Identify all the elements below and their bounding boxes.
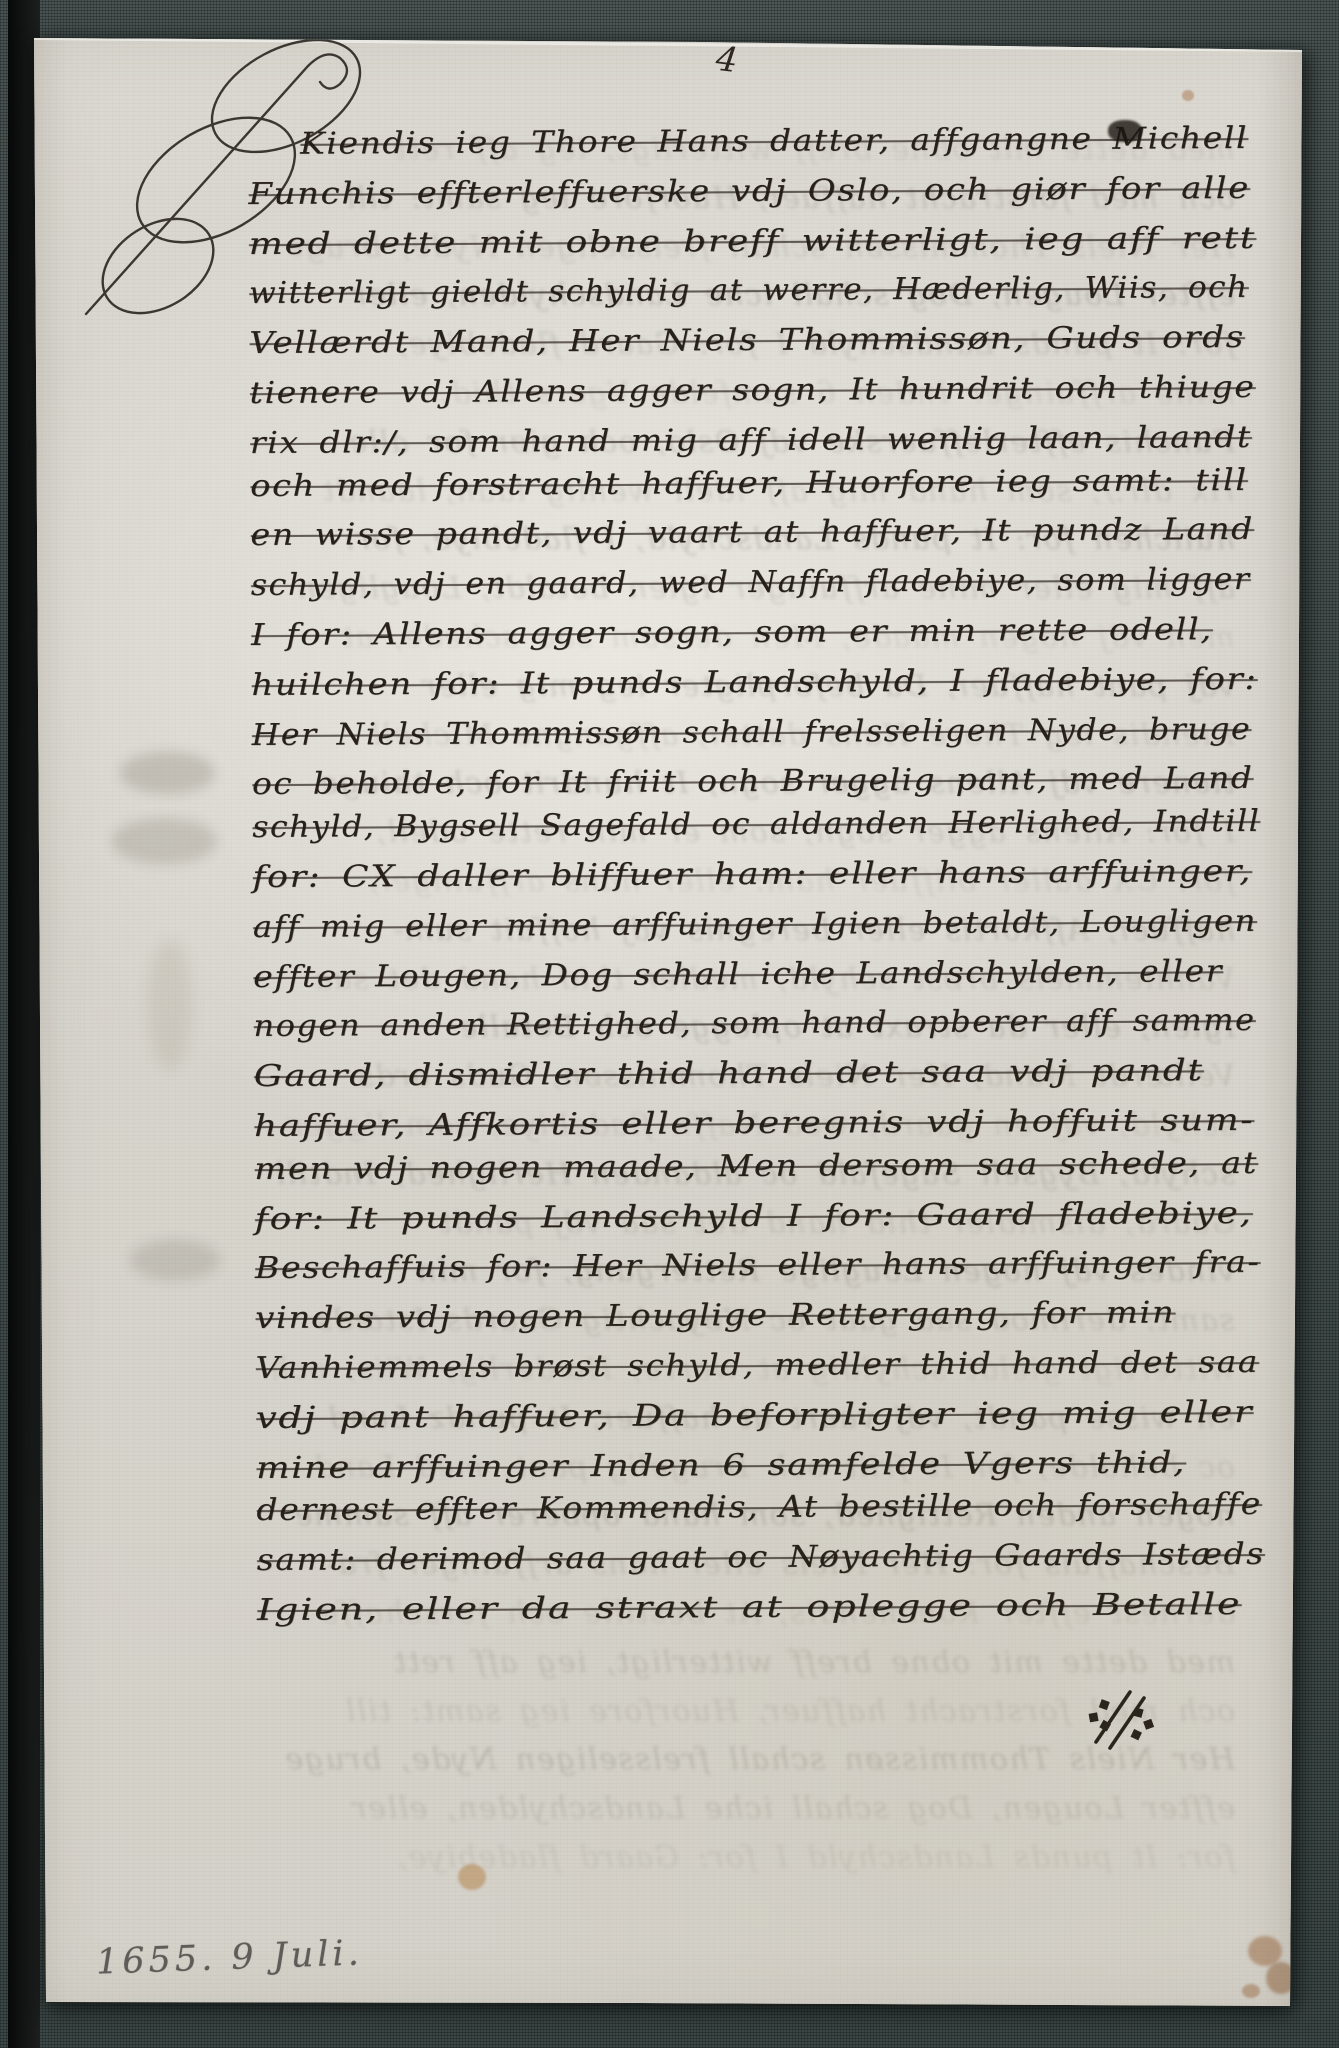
handwritten-line: huilchen for: It punds Landschyld, I fla… [251, 660, 1257, 706]
handwritten-line: Funchis effterleffuerske vdj Oslo, och g… [248, 169, 1250, 215]
handwritten-line: med dette mit obne breff witterligt, ieg… [249, 218, 1257, 264]
handwritten-line: I for: Allens agger sogn, som er min ret… [251, 610, 1213, 656]
handwritten-line: Beschaffuis for: Her Niels eller hans ar… [255, 1243, 1261, 1289]
paper-shadow-wrap: med dette mit obne breff witterligt, ieg… [0, 0, 1339, 2048]
handwritten-line: men vdj nogen maade, Men dersom saa sche… [254, 1144, 1258, 1190]
pencil-date-annotation: 1655. 9 Juli. [95, 1933, 363, 1982]
corner-stain [1266, 1962, 1296, 1994]
handwritten-line: aff mig eller mine arffuinger Igien beta… [253, 902, 1257, 948]
handwritten-line: en wisse pandt, vdj vaart at haffuer, It… [250, 510, 1254, 556]
showthrough-blot [130, 1240, 220, 1280]
handwritten-line: effter Lougen, Dog schall iche Landschyl… [253, 952, 1223, 998]
archival-photo: med dette mit obne breff witterligt, ieg… [0, 0, 1339, 2048]
handwritten-line: mine arffuinger Inden 6 samfelde Vgers t… [256, 1443, 1186, 1489]
showthrough-blot [112, 818, 217, 864]
handwritten-line: vindes vdj nogen Louglige Rettergang, fo… [255, 1294, 1175, 1340]
handwritten-line: och med forstracht haffuer, Huorfore ieg… [250, 460, 1248, 506]
handwritten-line: Vanhiemmels brøst schyld, medler thid ha… [255, 1343, 1259, 1389]
handwritten-line: for: CX daller bliffuer ham: eller hans … [252, 852, 1252, 898]
handwritten-line: Her Niels Thommissøn schall frelsseligen… [252, 709, 1252, 755]
handwritten-line: nogen anden Rettighed, som hand opberer … [253, 1001, 1255, 1047]
handwritten-line: dernest effter Kommendis, At bestille oc… [256, 1485, 1262, 1531]
showthrough-blot [120, 752, 215, 794]
handwritten-line: Kiendis ieg Thore Hans datter, affgangne… [300, 119, 1248, 165]
showthrough-line: for: It punds Landschyld I for: Gaard fl… [30, 1840, 1339, 1875]
stain [458, 1864, 486, 1890]
manuscript-page: med dette mit obne breff witterligt, ieg… [0, 0, 1339, 2048]
handwritten-line: for: It punds Landschyld I for: Gaard fl… [255, 1193, 1253, 1239]
ink-blot [1108, 120, 1142, 142]
handwritten-line: oc beholde, for It friit och Brugelig pa… [252, 759, 1254, 805]
handwritten-line: Gaard, dismidler thid hand det saa vdj p… [254, 1051, 1204, 1097]
handwritten-line: tienere vdj Allens agger sogn, It hundri… [250, 368, 1256, 414]
handwritten-line: rix dlr:/, som hand mig aff idell wenlig… [250, 418, 1252, 464]
handwritten-line: Vellærdt Mand, Her Niels Thommissøn, Gud… [249, 318, 1245, 364]
handwritten-line: samt: derimod saa gaat oc Nøyachtig Gaar… [257, 1535, 1265, 1581]
stain [1182, 90, 1194, 101]
showthrough-line: och med forstracht haffuer, Huorfore ieg… [30, 1694, 1235, 1729]
corner-stain [1242, 1984, 1260, 1998]
handwritten-line: Igien, eller da straxt at oplegge och Be… [257, 1585, 1242, 1631]
handwritten-line: witterligt gieldt schyldig at werre, Hæd… [249, 268, 1249, 314]
handwritten-line: vdj pant haffuer, Da beforpligter ieg mi… [256, 1393, 1254, 1439]
handwritten-line: schyld, vdj en gaard, wed Naffn fladebiy… [251, 560, 1251, 606]
stain [148, 940, 192, 1070]
showthrough-line: effter Lougen, Dog schall iche Landschyl… [30, 1791, 1339, 1826]
end-mark [1086, 1682, 1156, 1757]
handwritten-line: haffuer, Affkortis eller beregnis vdj ho… [254, 1101, 1254, 1147]
page-number: 4 [714, 39, 740, 81]
text-block: Kiendis ieg Thore Hans datter, affgangne… [248, 122, 1268, 1688]
handwritten-line: schyld, Bygsell Sagefald oc aldanden Her… [252, 802, 1260, 848]
